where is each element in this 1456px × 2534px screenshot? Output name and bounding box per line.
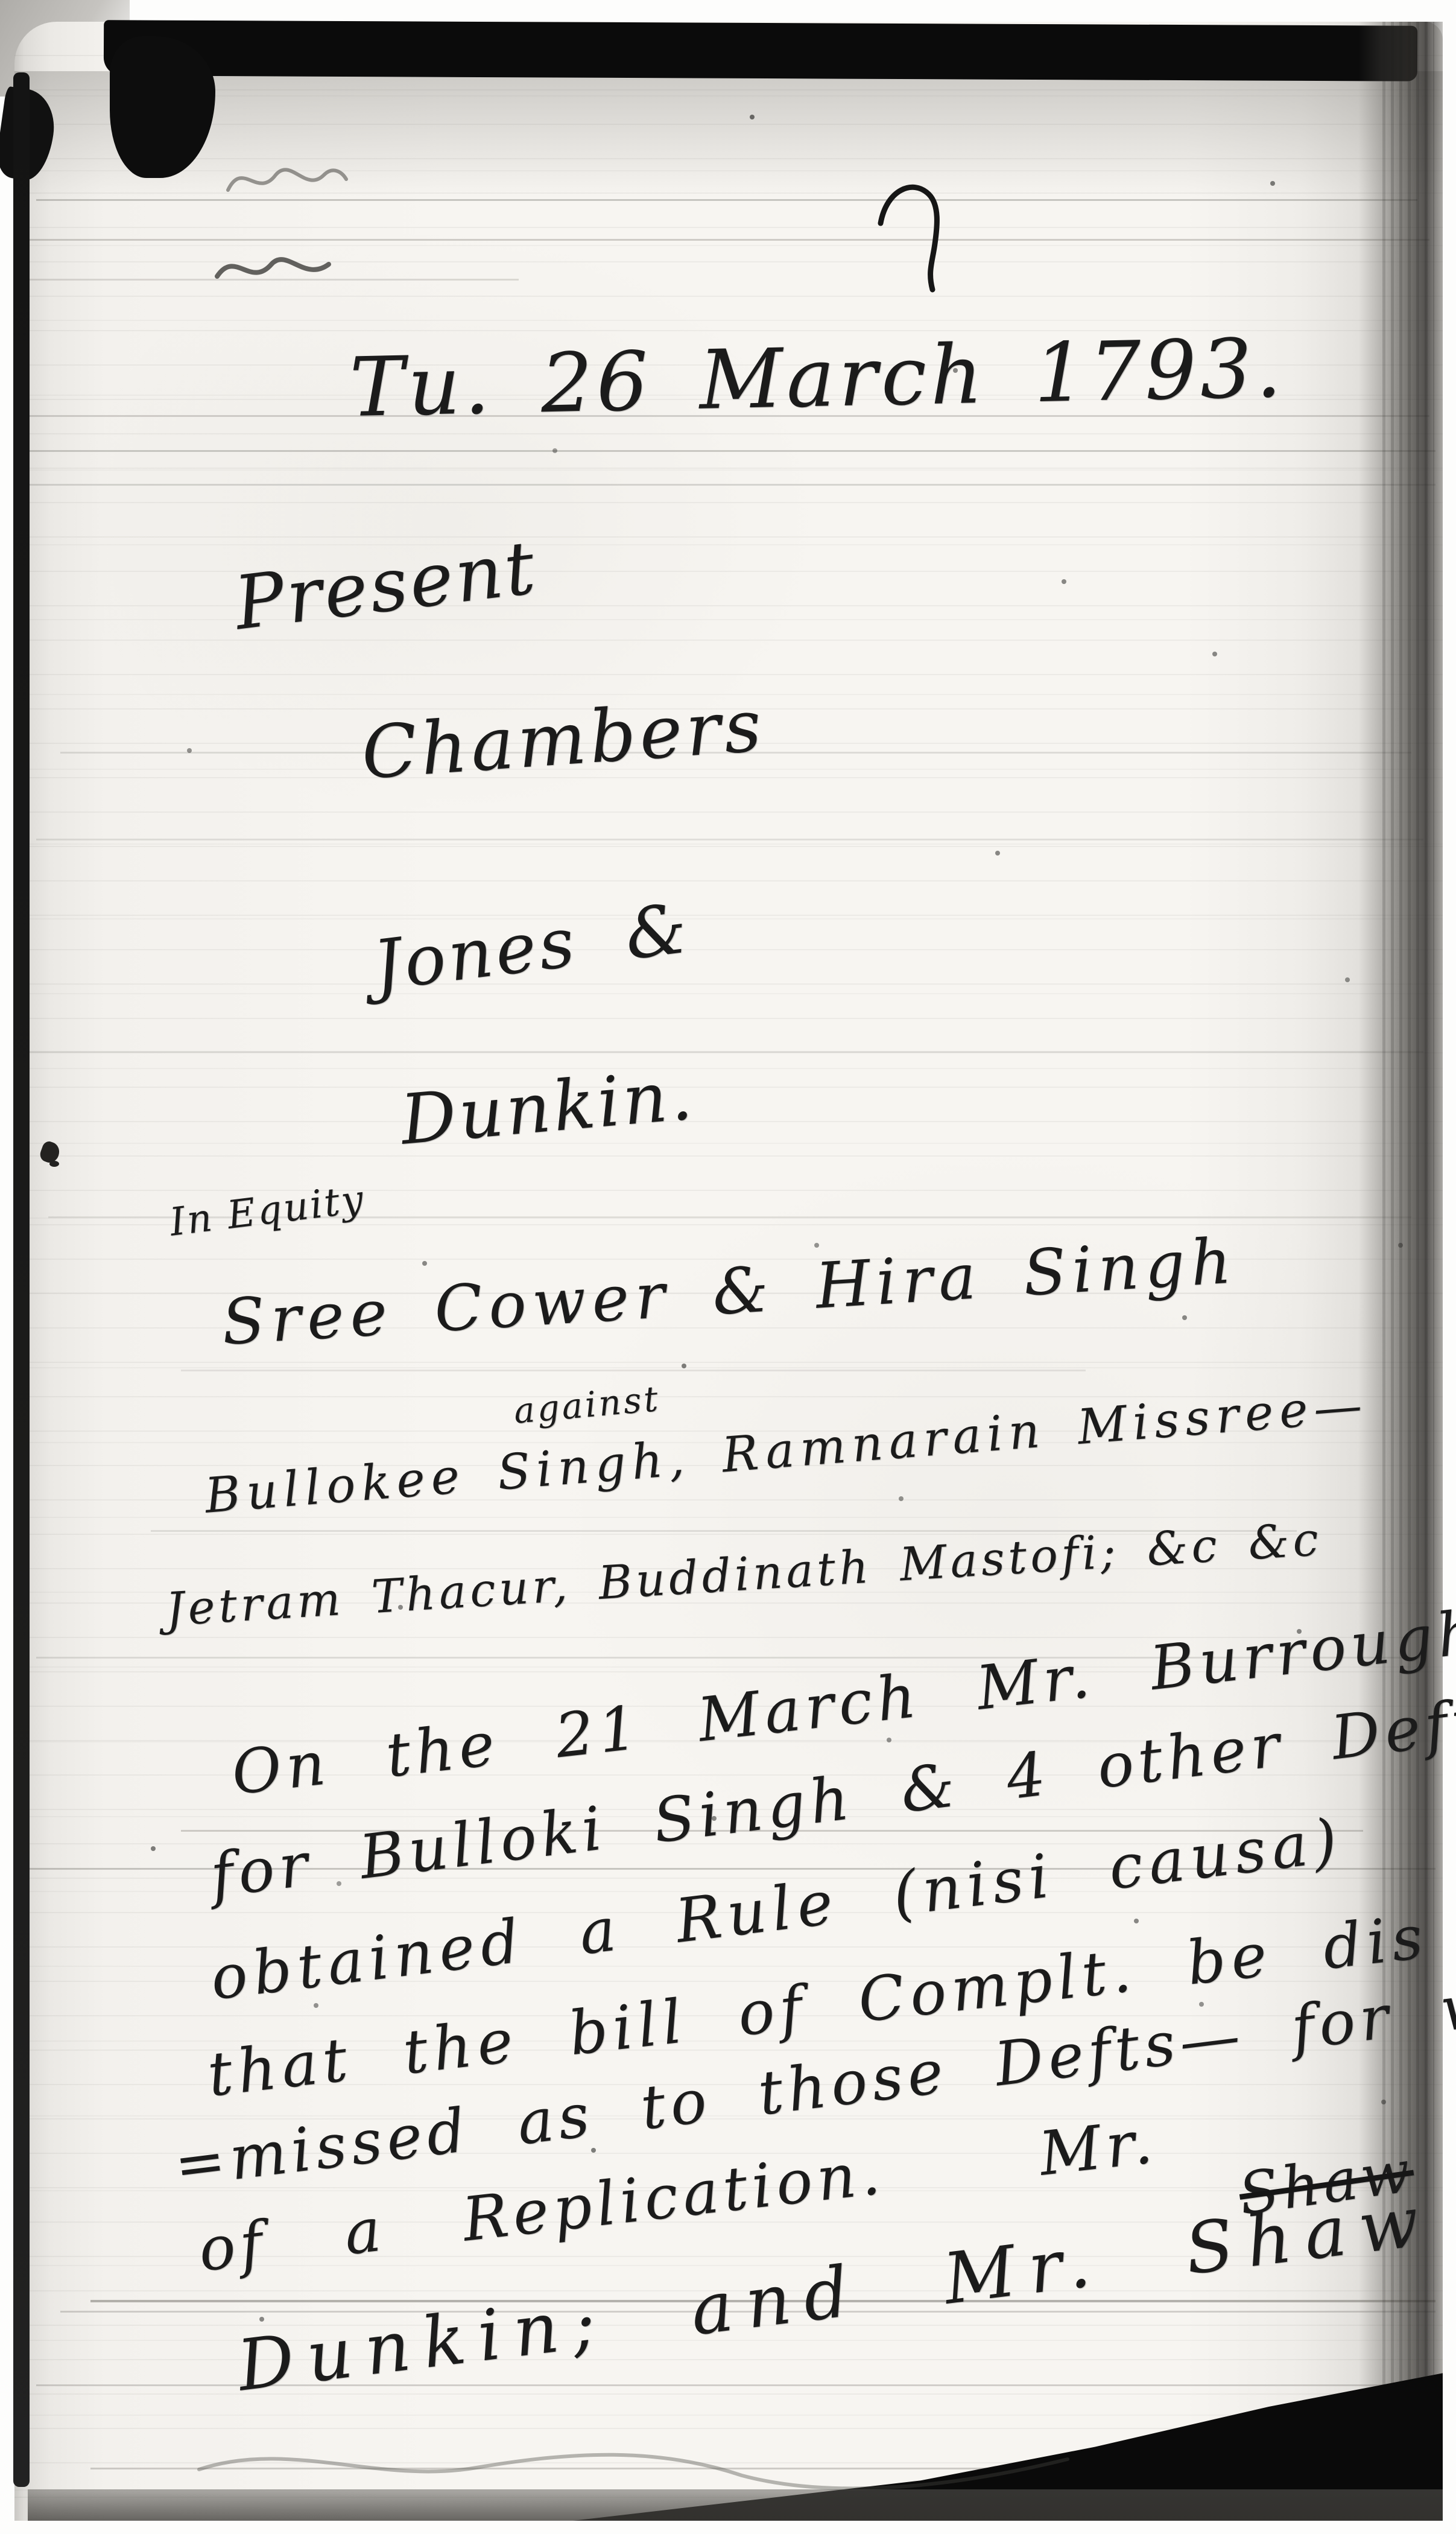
ruled-line xyxy=(24,1051,1423,1053)
ink-blot-small xyxy=(49,1161,59,1167)
ruled-line xyxy=(36,839,1423,840)
scan-black-strip-left xyxy=(13,72,30,2487)
ink-squiggle-top-1 xyxy=(224,148,351,214)
ruled-line xyxy=(181,1370,1086,1371)
paper-speckles xyxy=(0,0,2,2)
ink-squiggle-top-2 xyxy=(214,240,335,297)
scan-black-band-top xyxy=(104,20,1417,81)
manuscript-scan: Tu. 26 March 1793. Present Chambers Jone… xyxy=(0,0,1456,2534)
ink-wavy-line-bottom xyxy=(199,2442,1074,2497)
heading-date: Tu. 26 March 1793. xyxy=(349,328,1286,428)
ruled-line xyxy=(18,450,1435,452)
ruled-line xyxy=(18,484,1435,486)
ink-hook-mark xyxy=(876,176,948,294)
